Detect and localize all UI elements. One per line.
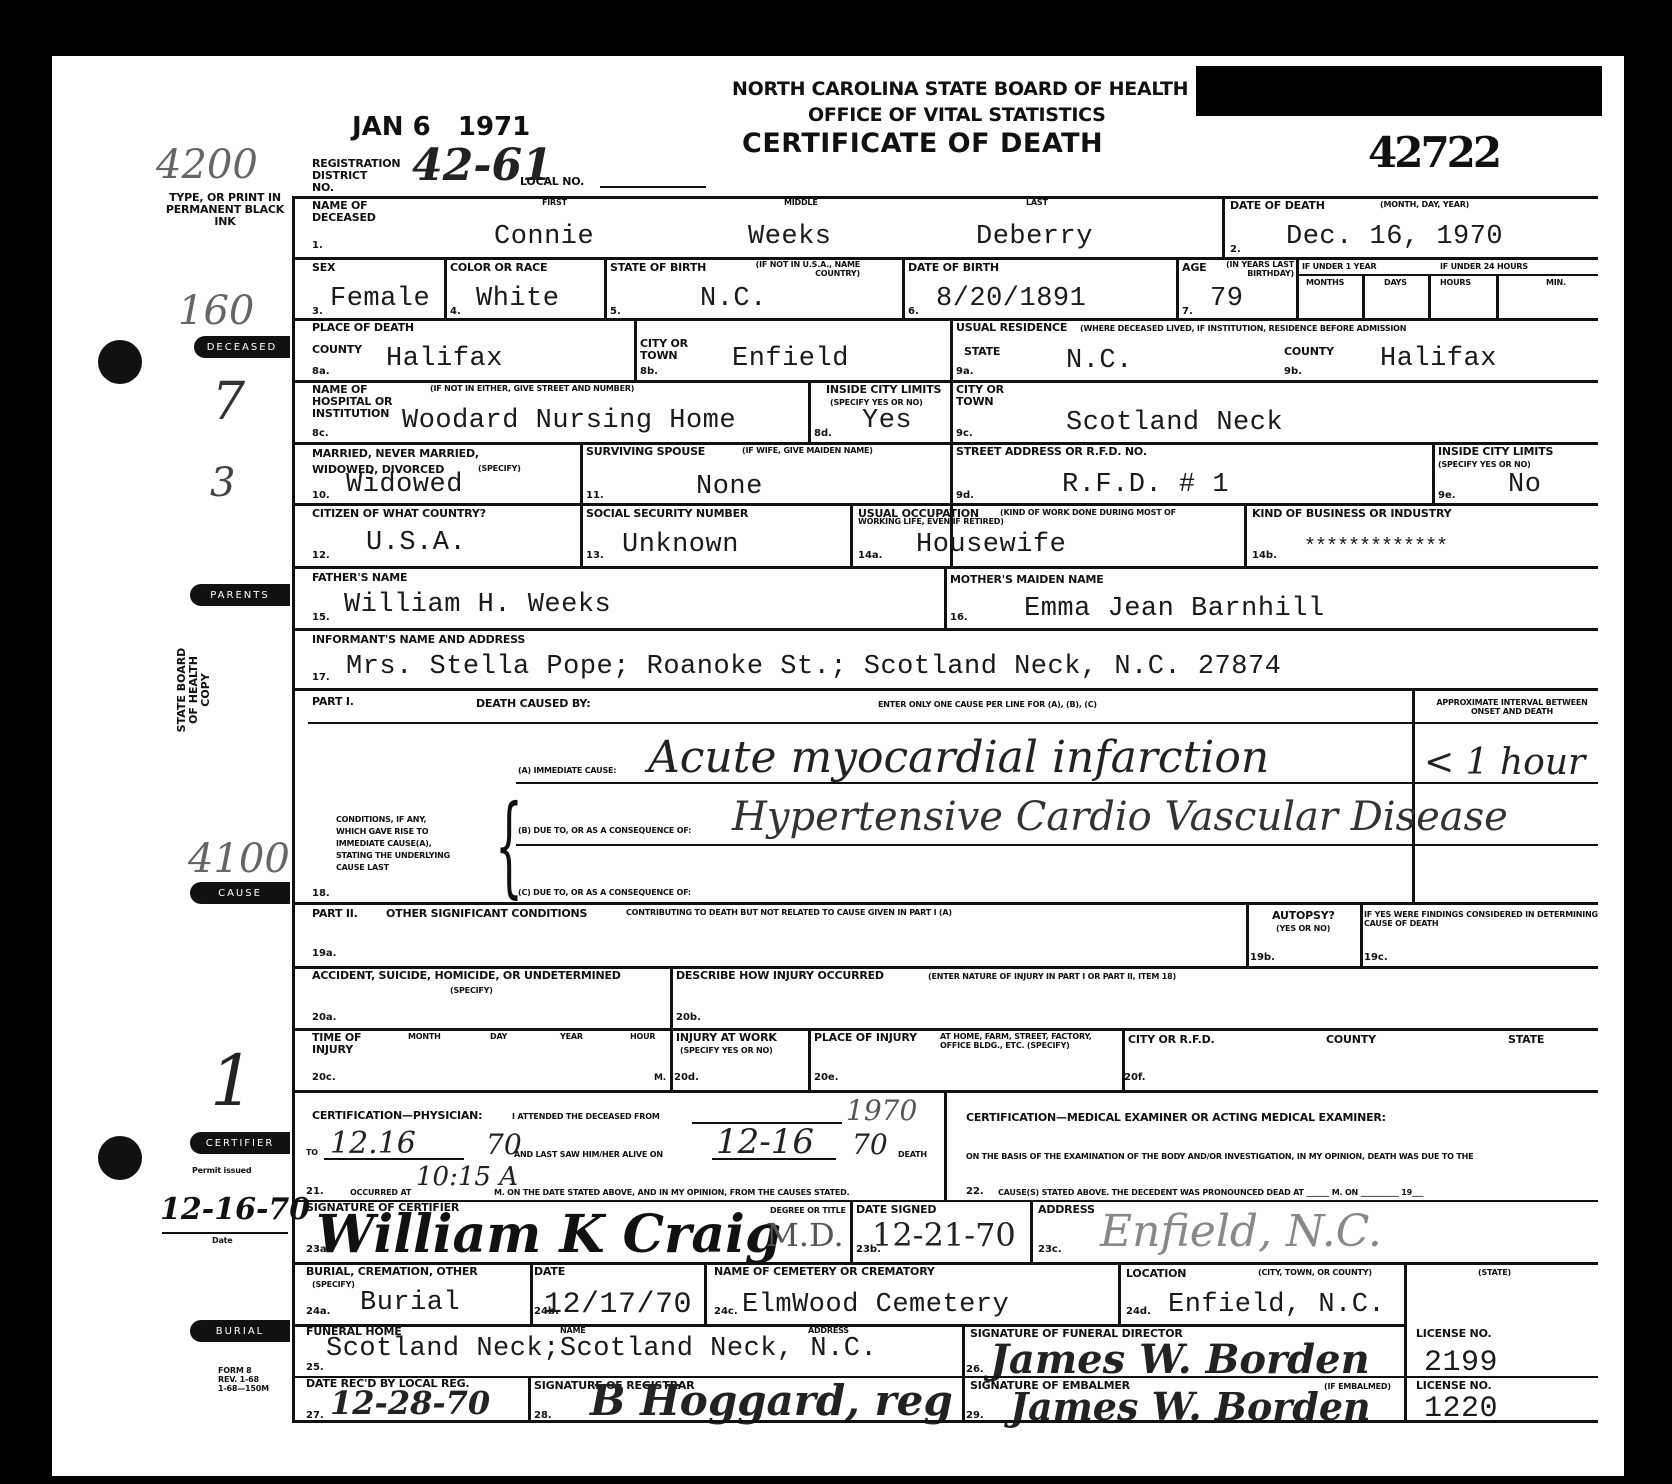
- injury-at-work-label: INJURY AT WORK: [676, 1032, 777, 1044]
- registration-label: REGISTRATION DISTRICT NO.: [312, 158, 392, 194]
- res-state: N.C.: [1066, 346, 1133, 376]
- days-label: DAYS: [1384, 278, 1407, 287]
- middle-label: MIDDLE: [784, 198, 818, 207]
- accident-hint: (SPECIFY): [450, 986, 493, 995]
- death-city: Enfield: [732, 344, 849, 374]
- describe-injury-label: DESCRIBE HOW INJURY OCCURRED: [676, 970, 884, 982]
- death-city-label: CITY OR TOWN: [640, 338, 696, 362]
- burial-location-hint: (CITY, TOWN, OR COUNTY): [1258, 1268, 1372, 1277]
- res-city: Scotland Neck: [1066, 408, 1283, 438]
- mother-label: MOTHER'S MAIDEN NAME: [950, 574, 1104, 586]
- certifier-signature: William K Craig: [316, 1204, 781, 1265]
- industry-label: KIND OF BUSINESS OR INDUSTRY: [1252, 508, 1451, 520]
- page-title: CERTIFICATE OF DEATH: [742, 128, 1103, 159]
- hospital-label: NAME OF HOSPITAL OR INSTITUTION: [312, 384, 404, 420]
- race-value: White: [476, 284, 560, 314]
- form-top-border: [292, 196, 1598, 199]
- occupation-hint: (KIND OF WORK DONE DURING MOST OF WORKIN…: [858, 508, 1218, 526]
- inside-city-death-label: INSIDE CITY LIMITS: [826, 384, 941, 396]
- injury-city-label: CITY OR R.F.D.: [1128, 1034, 1215, 1046]
- me-text2: CAUSE(S) STATED ABOVE. THE DECEDENT WAS …: [998, 1188, 1423, 1197]
- autopsy-hint: (YES OR NO): [1276, 924, 1330, 933]
- burial-state-hint: (STATE): [1478, 1268, 1511, 1277]
- injury-state-label: STATE: [1508, 1034, 1544, 1046]
- margin-note: 160: [178, 288, 254, 334]
- dob-value: 8/20/1891: [936, 284, 1086, 314]
- hour-label: HOUR: [630, 1032, 655, 1041]
- hospital-value: Woodard Nursing Home: [402, 406, 736, 436]
- part2-label: PART II.: [312, 908, 358, 920]
- age-hint: (IN YEARS LAST BIRTHDAY): [1214, 260, 1294, 278]
- attended-to-date: 12.16: [330, 1126, 416, 1161]
- citizen-value: U.S.A.: [366, 528, 466, 558]
- place-of-death-label: PLACE OF DEATH: [312, 322, 414, 334]
- spouse-value: None: [696, 472, 763, 502]
- certifier-address-label: ADDRESS: [1038, 1204, 1095, 1216]
- other-conditions-hint: CONTRIBUTING TO DEATH BUT NOT RELATED TO…: [626, 908, 952, 917]
- day-label: DAY: [490, 1032, 507, 1041]
- date-of-death-hint: (MONTH, DAY, YEAR): [1380, 200, 1469, 209]
- hospital-hint: (IF NOT IN EITHER, GIVE STREET AND NUMBE…: [430, 384, 634, 393]
- punch-hole: [98, 1136, 142, 1180]
- father-value: William H. Weeks: [344, 590, 611, 620]
- citizen-label: CITIZEN OF WHAT COUNTRY?: [312, 508, 486, 520]
- certificate-number: 42722: [1368, 128, 1499, 177]
- immediate-interval: < 1 hour: [1424, 742, 1585, 783]
- year-label: YEAR: [560, 1032, 583, 1041]
- death-county: Halifax: [386, 344, 503, 374]
- injury-county-label: COUNTY: [1326, 1034, 1376, 1046]
- burial-location: Enfield, N.C.: [1168, 1290, 1385, 1320]
- local-no-line: [600, 186, 706, 188]
- autopsy-label: AUTOPSY?: [1272, 910, 1335, 922]
- describe-injury-hint: (ENTER NATURE OF INJURY IN PART I OR PAR…: [928, 972, 1176, 981]
- tab-cause: CAUSE: [190, 882, 290, 904]
- immediate-cause-label: (a) IMMEDIATE CAUSE:: [518, 766, 616, 775]
- tab-deceased: DECEASED: [194, 336, 290, 358]
- res-street: R.F.D. # 1: [1062, 470, 1229, 500]
- informant-value: Mrs. Stella Pope; Roanoke St.; Scotland …: [346, 652, 1281, 682]
- occurred-text: OCCURRED AT: [350, 1188, 411, 1197]
- last-name: Deberry: [976, 222, 1093, 252]
- street-label: STREET ADDRESS OR R.F.D. No.: [956, 446, 1147, 458]
- name-label: NAME OF DECEASED: [312, 200, 382, 224]
- director-license-label: LICENSE NO.: [1416, 1328, 1491, 1340]
- margin-note: 4200: [156, 142, 258, 188]
- margin-note: 3: [210, 460, 235, 506]
- dob-label: DATE OF BIRTH: [908, 262, 999, 274]
- inside-city-res: No: [1508, 470, 1541, 500]
- death-county-label: COUNTY: [312, 344, 362, 356]
- middle-name: Weeks: [748, 222, 832, 252]
- informant-label: INFORMANT'S NAME AND ADDRESS: [312, 634, 525, 646]
- part1-label: PART I.: [312, 696, 354, 708]
- last-label: LAST: [1026, 198, 1048, 207]
- inside-city-death: Yes: [862, 406, 912, 436]
- permit-date-label: Date: [212, 1236, 233, 1245]
- degree-label: DEGREE OR TITLE: [770, 1206, 846, 1215]
- occupation-value: Housewife: [916, 530, 1066, 560]
- agency-line1: NORTH CAROLINA STATE BOARD OF HEALTH: [732, 78, 1188, 100]
- res-city-label: CITY OR TOWN: [956, 384, 1012, 408]
- ssn-value: Unknown: [622, 530, 739, 560]
- state-of-birth-hint: (IF NOT IN U.S.A., NAME COUNTRY): [730, 260, 860, 278]
- first-name: Connie: [494, 222, 594, 252]
- burial-date-label: DATE: [534, 1266, 565, 1278]
- immediate-cause: Acute myocardial infarction: [648, 732, 1269, 783]
- spouse-label: SURVIVING SPOUSE: [586, 446, 705, 458]
- funeral-home-value: Scotland Neck;Scotland Neck, N.C.: [326, 1334, 877, 1364]
- occurred-tail: M. ON THE DATE STATED ABOVE, AND IN MY O…: [494, 1188, 849, 1197]
- physician-cert-label: CERTIFICATION—PHYSICIAN:: [312, 1110, 482, 1122]
- date-of-death-label: DATE OF DEATH: [1230, 200, 1325, 212]
- tab-certifier: CERTIFIER: [190, 1132, 290, 1154]
- sex-label: SEX: [312, 262, 335, 274]
- min-label: MIN.: [1546, 278, 1566, 287]
- month-label: MONTH: [408, 1032, 441, 1041]
- under-1-year-label: IF UNDER 1 YEAR: [1302, 262, 1376, 271]
- ink-instructions: TYPE, OR PRINT IN PERMANENT BLACK INK: [160, 192, 290, 228]
- attended-year: 1970: [846, 1094, 917, 1127]
- tab-burial: BURIAL: [190, 1320, 290, 1342]
- residence-label: USUAL RESIDENCE: [956, 322, 1067, 334]
- permit-date: 12-16-70: [160, 1192, 310, 1227]
- burial-location-label: LOCATION: [1126, 1268, 1186, 1280]
- state-copy-label: STATE BOARD OF HEALTH COPY: [176, 640, 212, 740]
- months-label: MONTHS: [1306, 278, 1344, 287]
- age-value: 79: [1210, 284, 1243, 314]
- other-conditions-label: OTHER SIGNIFICANT CONDITIONS: [386, 908, 587, 920]
- date-received: 12-28-70: [330, 1384, 490, 1422]
- margin-note: 7: [212, 372, 245, 432]
- margin-note: 4100: [188, 836, 290, 882]
- marital-value: Widowed: [346, 470, 463, 500]
- res-county-label: COUNTY: [1284, 346, 1334, 358]
- inside-city-res-hint: (SPECIFY YES OR NO): [1438, 460, 1531, 469]
- hours-label: HOURS: [1440, 278, 1471, 287]
- race-label: COLOR OR RACE: [450, 262, 547, 274]
- permit-date-line: [162, 1232, 288, 1234]
- place-of-injury-label: PLACE OF INJURY: [814, 1032, 917, 1044]
- received-stamp: JAN 6 1971: [352, 112, 530, 142]
- permit-issued-label: Permit issued: [192, 1166, 251, 1175]
- burial-date: 12/17/70: [544, 1288, 692, 1322]
- registrar-signature: B Hoggard, reg: [590, 1376, 953, 1425]
- due-to-c-label: (c) DUE TO, OR AS A CONSEQUENCE OF:: [518, 888, 691, 897]
- tab-parents: PARENTS: [190, 584, 290, 606]
- me-cert-label: CERTIFICATION—MEDICAL EXAMINER OR ACTING…: [966, 1112, 1386, 1124]
- underlying-cause: Hypertensive Cardio Vascular Disease: [732, 794, 1508, 840]
- mother-value: Emma Jean Barnhill: [1024, 594, 1325, 624]
- res-state-label: STATE: [964, 346, 1000, 358]
- res-county: Halifax: [1380, 344, 1497, 374]
- punch-hole: [98, 340, 142, 384]
- cemetery-value: ElmWood Cemetery: [742, 1290, 1009, 1320]
- residence-hint: (WHERE DECEASED LIVED, IF INSTITUTION, R…: [1080, 324, 1406, 333]
- conditions-label: CONDITIONS, IF ANY, WHICH GAVE RISE TO I…: [336, 814, 456, 874]
- inside-city-res-label: INSIDE CITY LIMITS: [1438, 446, 1553, 458]
- industry-value: *************: [1304, 536, 1447, 559]
- death-text: DEATH: [898, 1150, 927, 1159]
- state-of-birth: N.C.: [700, 284, 767, 314]
- disposition-label: BURIAL, CREMATION, OTHER: [306, 1266, 477, 1278]
- father-label: FATHER'S NAME: [312, 572, 407, 584]
- last-saw-year: 70: [852, 1128, 888, 1161]
- attended-text: I ATTENDED THE DECEASED FROM: [512, 1112, 660, 1121]
- sex-value: Female: [330, 284, 430, 314]
- injury-at-work-hint: (SPECIFY YES OR NO): [680, 1046, 773, 1055]
- due-to-b-label: (b) DUE TO, OR AS A CONSEQUENCE OF:: [518, 826, 691, 835]
- spouse-hint: (IF WIFE, GIVE MAIDEN NAME): [742, 446, 873, 455]
- local-no-label: LOCAL NO.: [520, 176, 584, 188]
- date-signed-label: DATE SIGNED: [856, 1204, 936, 1216]
- ssn-label: SOCIAL SECURITY NUMBER: [586, 508, 748, 520]
- margin-note: 1: [210, 1040, 255, 1122]
- time-of-injury-label: TIME OF INJURY: [312, 1032, 382, 1056]
- cemetery-label: NAME OF CEMETERY OR CREMATORY: [714, 1266, 935, 1278]
- degree-value: M.D.: [766, 1216, 844, 1254]
- date-signed: 12-21-70: [872, 1216, 1016, 1254]
- certifier-address: Enfield, N.C.: [1100, 1206, 1382, 1257]
- state-of-birth-label: STATE OF BIRTH: [610, 262, 706, 274]
- accident-label: ACCIDENT, SUICIDE, HOMICIDE, OR UNDETERM…: [312, 970, 621, 982]
- interval-label: APPROXIMATE INTERVAL BETWEEN ONSET AND D…: [1430, 698, 1594, 716]
- last-saw-text: AND LAST SAW HIM/HER ALIVE ON: [514, 1150, 663, 1159]
- findings-label: IF YES WERE FINDINGS CONSIDERED IN DETER…: [1364, 910, 1598, 928]
- marital-hint: (SPECIFY): [478, 464, 521, 473]
- disposition-value: Burial: [360, 1288, 460, 1318]
- caused-by-label: DEATH CAUSED BY:: [476, 698, 590, 710]
- form-number: FORM 8 REV. 1-68 1-68—150M: [218, 1366, 269, 1393]
- under-24-hours-label: IF UNDER 24 HOURS: [1440, 262, 1528, 271]
- last-saw-date: 12-16: [716, 1122, 814, 1162]
- embalmer-license-label: LICENSE NO.: [1416, 1380, 1491, 1392]
- disposition-hint: (SPECIFY): [312, 1280, 355, 1289]
- date-of-death: Dec. 16, 1970: [1286, 222, 1503, 252]
- age-label: AGE: [1182, 262, 1206, 274]
- first-label: FIRST: [542, 198, 567, 207]
- cause-instruction: ENTER ONLY ONE CAUSE PER LINE FOR (a), (…: [878, 700, 1097, 709]
- me-text: ON THE BASIS OF THE EXAMINATION OF THE B…: [966, 1152, 1473, 1161]
- place-of-injury-hint: AT HOME, FARM, STREET, FACTORY, OFFICE B…: [940, 1032, 1120, 1050]
- agency-line2: OFFICE OF VITAL STATISTICS: [808, 104, 1105, 126]
- redaction-block: [1196, 66, 1602, 116]
- director-license: 2199: [1424, 1346, 1498, 1380]
